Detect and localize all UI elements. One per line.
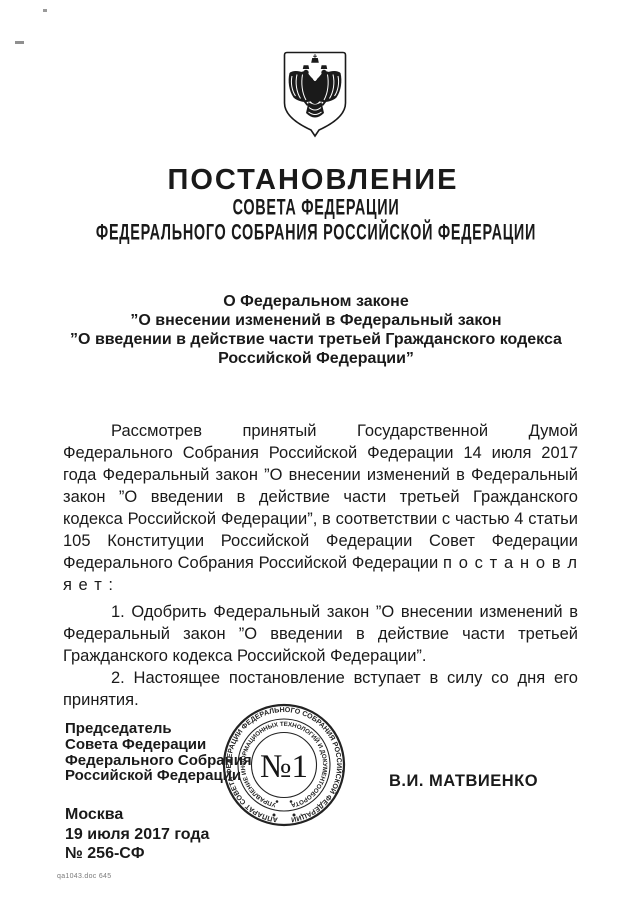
scan-artifact-dash	[15, 41, 24, 44]
place-date-block: Москва 19 июля 2017 года № 256-СФ	[65, 805, 209, 864]
document-subtitle-line1: СОВЕТА ФЕДЕРАЦИИ	[88, 196, 543, 222]
preamble-text: Рассмотрев принятый Государственной Думо…	[63, 422, 578, 572]
subject-line-4: Российской Федерации”	[20, 349, 612, 368]
stamp-number: №1	[260, 749, 308, 785]
file-reference-note: qa1043.doc 645	[57, 873, 111, 880]
scanned-document-page: { "header": { "coat_of_arms": "russia-co…	[0, 0, 640, 905]
subject-line-1: О Федеральном законе	[20, 292, 612, 311]
document-title: ПОСТАНОВЛЕНИЕ	[0, 164, 626, 197]
document-body: Рассмотрев принятый Государственной Думо…	[63, 420, 578, 711]
coat-of-arms-icon	[280, 50, 350, 138]
city: Москва	[65, 805, 209, 825]
date: 19 июля 2017 года	[65, 825, 209, 845]
scan-artifact-dot	[43, 9, 47, 12]
subject-line-3: ”О введении в действие части третьей Гра…	[20, 330, 612, 349]
subject-heading: О Федеральном законе ”О внесении изменен…	[20, 292, 612, 368]
subject-line-2: ”О внесении изменений в Федеральный зако…	[20, 311, 612, 330]
resolution-item-1: 1. Одобрить Федеральный закон ”О внесени…	[63, 601, 578, 667]
stamp-separator-dot	[273, 814, 276, 817]
stamp-separator-dot	[293, 814, 296, 817]
official-round-stamp: АППАРАТ СОВЕТА ФЕДЕРАЦИИ ФЕДЕРАЛЬНОГО СО…	[222, 703, 346, 827]
preamble-paragraph: Рассмотрев принятый Государственной Думо…	[63, 420, 578, 596]
document-subtitle-line2: ФЕДЕРАЛЬНОГО СОБРАНИЯ РОССИЙСКОЙ ФЕДЕРАЦ…	[88, 221, 543, 247]
stamp-separator-dot	[290, 800, 293, 803]
signatory-name: В.И. МАТВИЕНКО	[389, 772, 538, 791]
stamp-separator-dot	[276, 800, 279, 803]
document-number: № 256-СФ	[65, 844, 209, 864]
